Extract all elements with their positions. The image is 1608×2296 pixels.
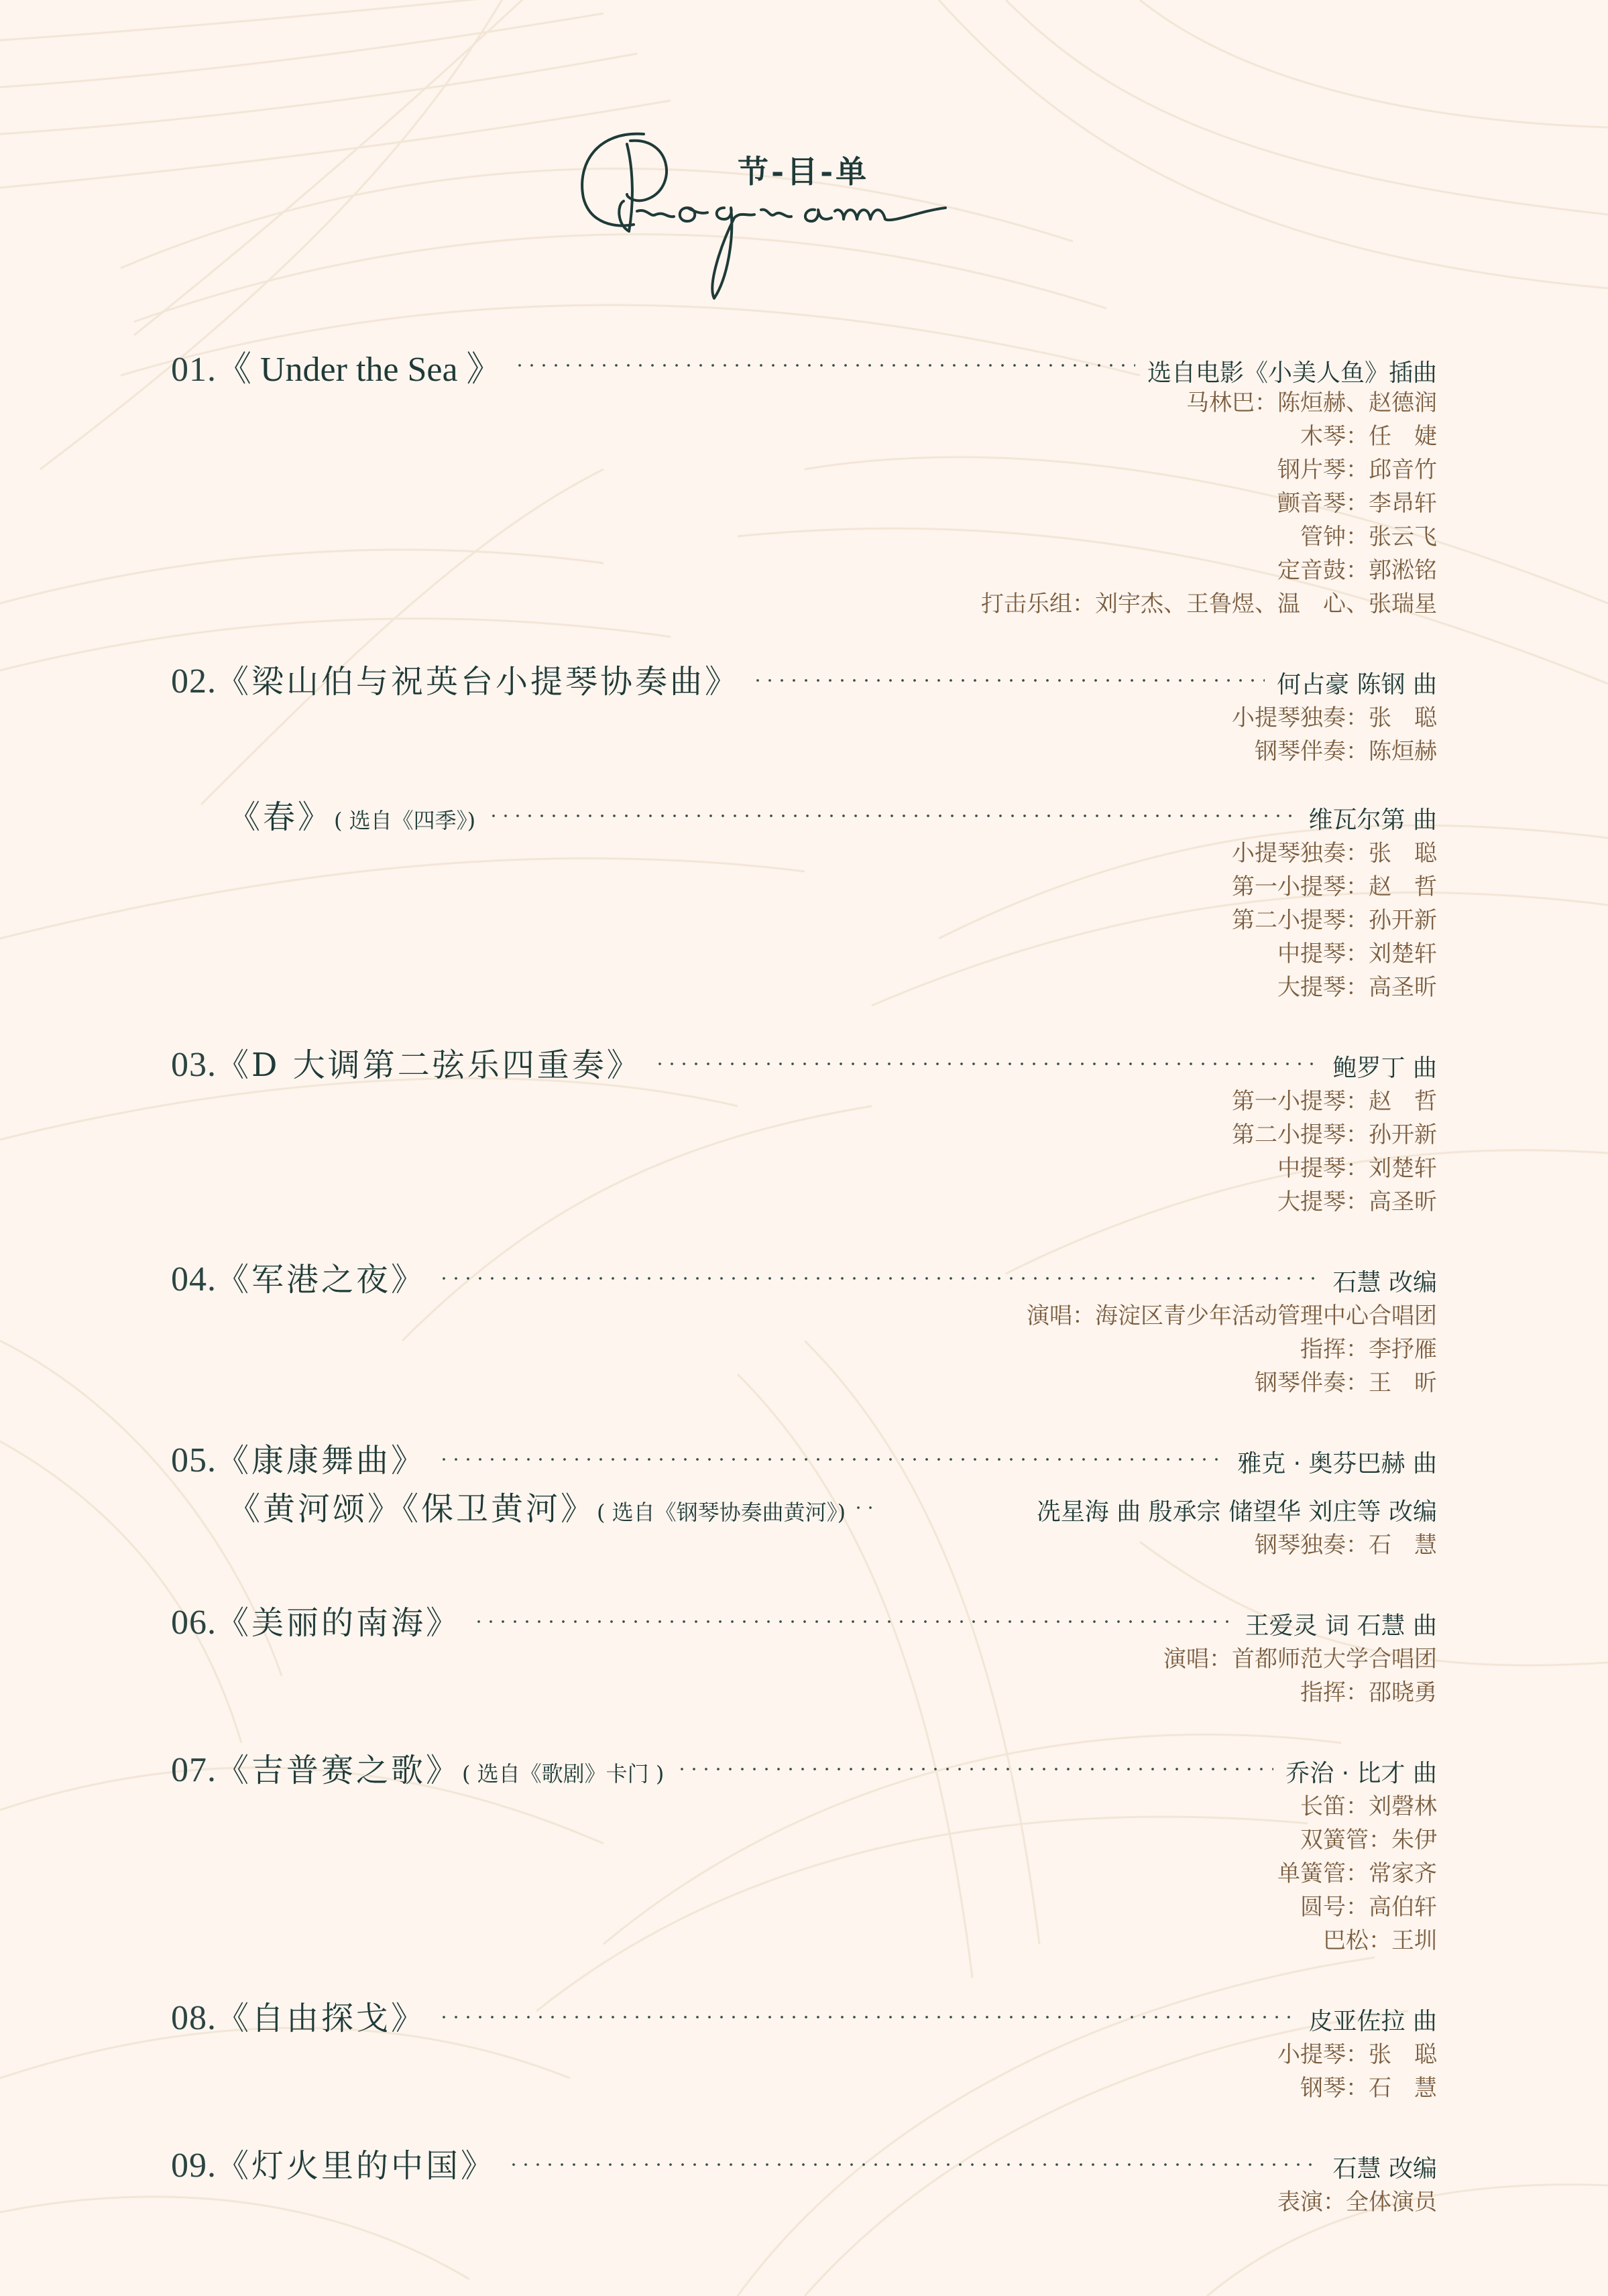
dot-leader — [438, 1276, 1321, 1280]
item-number: 04. — [171, 1260, 217, 1299]
program-item-08: 08. 《自由探戈》 皮亚佐拉 曲 小提琴：张 聪 钢琴：石 慧 — [171, 1992, 1437, 2105]
performer-list: 马林巴：陈烜赫、赵德润 木琴：任 婕 钢片琴：邱音竹 颤音琴：李昂轩 管钟：张云… — [171, 386, 1437, 621]
dot-leader — [676, 1767, 1273, 1771]
performer-list: 小提琴独奏：张 聪 第一小提琴：赵 哲 第二小提琴：孙开新 中提琴：刘楚轩 大提… — [171, 837, 1437, 1004]
performer-line: 中提琴：刘楚轩 — [171, 1152, 1437, 1185]
dot-leader — [487, 814, 1296, 818]
program-item-05: 05. 《康康舞曲》 雅克 · 奥芬巴赫 曲 《黄河颂》《保卫黄河》 ( 选自《… — [171, 1435, 1437, 1562]
performer-line: 定音鼓：郭淞铭 — [171, 554, 1437, 587]
sub-piece-subtitle: ( 选自《四季》) — [334, 804, 475, 835]
performer-list: 长笛：刘磬林 双簧管：朱伊 单簧管：常家齐 圆号：高伯轩 巴松：王圳 — [171, 1790, 1437, 1957]
performer-line: 钢片琴：邱音竹 — [171, 453, 1437, 487]
program-item-01: 01. 《 Under the Sea 》 选自电影《小美人鱼》插曲 马林巴：陈… — [171, 341, 1437, 621]
item-title: 《梁山伯与祝英台小提琴协奏曲》 — [217, 656, 740, 702]
performer-line: 打击乐组：刘宇杰、王鲁煜、温 心、张瑞星 — [171, 587, 1437, 621]
item-title: 《 Under the Sea 》 — [217, 341, 502, 391]
item-credit: 王爱灵 词 石慧 曲 — [1245, 1607, 1437, 1641]
item-number: 07. — [171, 1750, 217, 1790]
performer-line: 大提琴：高圣昕 — [171, 1185, 1437, 1219]
performer-line: 大提琴：高圣昕 — [171, 971, 1437, 1004]
item-title: 《自由探戈》 — [217, 1992, 426, 2039]
performer-line: 单簧管：常家齐 — [171, 1857, 1437, 1890]
program-cn-title: 节-目-单 — [738, 147, 869, 192]
item-credit: 何占豪 陈钢 曲 — [1277, 666, 1437, 700]
item-credit: 乔治 · 比才 曲 — [1285, 1754, 1437, 1789]
sub-piece-row: 《黄河颂》《保卫黄河》 ( 选自《钢琴协奏曲黄河》) 冼星海 曲 殷承宗 储望华… — [171, 1483, 1437, 1523]
performer-list: 表演：全体演员 — [171, 2185, 1437, 2219]
item-credit: 选自电影《小美人鱼》插曲 — [1147, 354, 1437, 388]
performer-line: 巴松：王圳 — [171, 1924, 1437, 1957]
performer-line: 指挥：李抒雁 — [171, 1333, 1437, 1366]
performer-list: 第一小提琴：赵 哲 第二小提琴：孙开新 中提琴：刘楚轩 大提琴：高圣昕 — [171, 1085, 1437, 1219]
program-item-03: 03. 《D 大调第二弦乐四重奏》 鲍罗丁 曲 第一小提琴：赵 哲 第二小提琴：… — [171, 1039, 1437, 1219]
item-subtitle: ( 选自《歌剧》卡门 ) — [462, 1757, 664, 1788]
performer-line: 小提琴：张 聪 — [171, 2038, 1437, 2071]
dot-leader — [438, 2015, 1297, 2019]
item-number: 05. — [171, 1441, 217, 1480]
performer-line: 长笛：刘磬林 — [171, 1790, 1437, 1823]
performer-line: 第二小提琴：孙开新 — [171, 1118, 1437, 1152]
performer-line: 钢琴伴奏：王 昕 — [171, 1366, 1437, 1400]
item-number: 03. — [171, 1045, 217, 1085]
dot-leader — [438, 1457, 1225, 1461]
item-number: 09. — [171, 2146, 217, 2185]
sub-piece-row: 《春》 ( 选自《四季》) 维瓦尔第 曲 — [171, 791, 1437, 831]
performer-line: 指挥：邵晓勇 — [171, 1676, 1437, 1709]
performer-line: 表演：全体演员 — [171, 2185, 1437, 2219]
program-item-04: 04. 《军港之夜》 石慧 改编 演唱：海淀区青少年活动管理中心合唱团 指挥：李… — [171, 1254, 1437, 1400]
program-item-07: 07. 《吉普赛之歌》 ( 选自《歌剧》卡门 ) 乔治 · 比才 曲 长笛：刘磬… — [171, 1744, 1437, 1957]
item-title: 《军港之夜》 — [217, 1254, 426, 1300]
performer-line: 木琴：任 婕 — [171, 420, 1437, 453]
item-title: 《康康舞曲》 — [217, 1435, 426, 1481]
item-title: 《美丽的南海》 — [217, 1597, 461, 1643]
program-item-06: 06. 《美丽的南海》 王爱灵 词 石慧 曲 演唱：首都师范大学合唱团 指挥：邵… — [171, 1597, 1437, 1709]
performer-list: 演唱：海淀区青少年活动管理中心合唱团 指挥：李抒雁 钢琴伴奏：王 昕 — [171, 1299, 1437, 1400]
performer-line: 中提琴：刘楚轩 — [171, 937, 1437, 971]
item-number: 02. — [171, 662, 217, 701]
dot-leader — [654, 1062, 1321, 1066]
dot-leader — [508, 2163, 1321, 2167]
performer-line: 小提琴独奏：张 聪 — [171, 701, 1437, 735]
performer-line: 第一小提琴：赵 哲 — [171, 1085, 1437, 1118]
item-credit: 皮亚佐拉 曲 — [1309, 2002, 1437, 2037]
sub-piece-subtitle: ( 选自《钢琴协奏曲黄河》) — [597, 1496, 846, 1526]
performer-line: 演唱：首都师范大学合唱团 — [171, 1642, 1437, 1676]
performer-line: 钢琴：石 慧 — [171, 2071, 1437, 2105]
item-title: 《灯火里的中国》 — [217, 2140, 496, 2186]
performer-line: 颤音琴：李昂轩 — [171, 487, 1437, 520]
program-header: 节-目-单 — [0, 0, 1608, 308]
performer-line: 钢琴伴奏：陈烜赫 — [171, 735, 1437, 768]
item-title: 《吉普赛之歌》 — [217, 1744, 461, 1791]
performer-line: 第二小提琴：孙开新 — [171, 904, 1437, 937]
performer-line: 第一小提琴：赵 哲 — [171, 870, 1437, 904]
program-item-02: 02. 《梁山伯与祝英台小提琴协奏曲》 何占豪 陈钢 曲 小提琴独奏：张 聪 钢… — [171, 656, 1437, 1004]
item-credit: 雅克 · 奥芬巴赫 曲 — [1237, 1445, 1437, 1479]
sub-piece-credit: 冼星海 曲 殷承宗 储望华 刘庄等 改编 — [1037, 1493, 1437, 1527]
performer-list: 小提琴：张 聪 钢琴：石 慧 — [171, 2038, 1437, 2105]
performer-line: 马林巴：陈烜赫、赵德润 — [171, 386, 1437, 420]
performer-line: 双簧管：朱伊 — [171, 1823, 1437, 1857]
program-list: 01. 《 Under the Sea 》 选自电影《小美人鱼》插曲 马林巴：陈… — [171, 341, 1437, 2219]
sub-piece-title: 《黄河颂》《保卫黄河》 — [228, 1483, 595, 1529]
performer-line: 管钟：张云飞 — [171, 520, 1437, 554]
dot-leader — [852, 1506, 872, 1510]
item-credit: 鲍罗丁 曲 — [1333, 1049, 1437, 1083]
sub-piece-title: 《春》 — [228, 791, 333, 837]
performer-line: 钢琴独奏：石 慧 — [171, 1528, 1437, 1562]
performer-list: 演唱：首都师范大学合唱团 指挥：邵晓勇 — [171, 1642, 1437, 1709]
dot-leader — [752, 678, 1265, 682]
performer-list: 钢琴独奏：石 慧 — [171, 1528, 1437, 1562]
item-credit: 石慧 改编 — [1333, 1264, 1437, 1298]
item-title: 《D 大调第二弦乐四重奏》 — [217, 1039, 642, 1085]
performer-line: 圆号：高伯轩 — [171, 1890, 1437, 1924]
performer-line: 小提琴独奏：张 聪 — [171, 837, 1437, 870]
item-number: 08. — [171, 1998, 217, 2038]
performer-line: 演唱：海淀区青少年活动管理中心合唱团 — [171, 1299, 1437, 1333]
item-number: 06. — [171, 1603, 217, 1642]
dot-leader — [514, 363, 1135, 367]
program-item-09: 09. 《灯火里的中国》 石慧 改编 表演：全体演员 — [171, 2140, 1437, 2219]
item-number: 01. — [171, 350, 217, 389]
item-credit: 石慧 改编 — [1333, 2150, 1437, 2184]
sub-piece-credit: 维瓦尔第 曲 — [1309, 801, 1437, 835]
performer-list: 小提琴独奏：张 聪 钢琴伴奏：陈烜赫 — [171, 701, 1437, 768]
dot-leader — [473, 1620, 1233, 1624]
